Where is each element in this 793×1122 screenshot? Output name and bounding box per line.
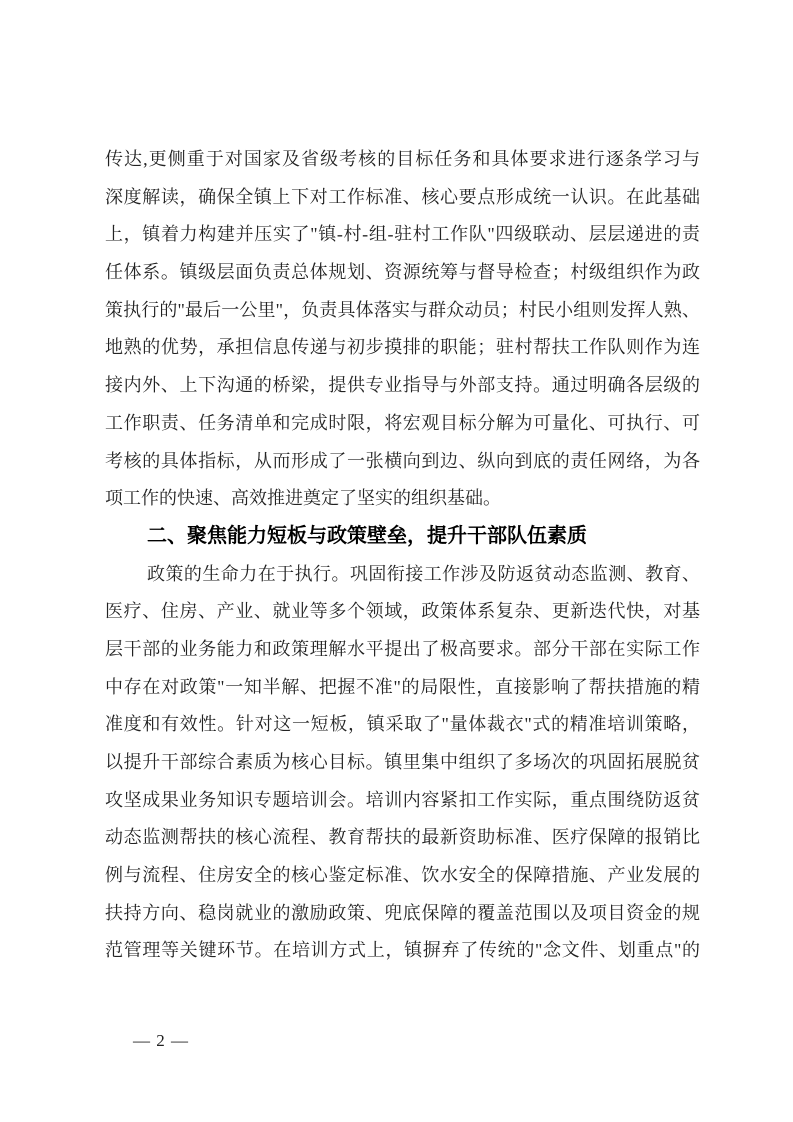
text-line: 深度解读，确保全镇上下对工作标准、核心要点形成统一认识。在此基础 <box>105 179 700 217</box>
document-body: 传达,更侧重于对国家及省级考核的目标任务和具体要求进行逐条学习与深度解读，确保全… <box>105 141 700 970</box>
text-line: 扶持方向、稳岗就业的激励政策、兜底保障的覆盖范围以及项目资金的规 <box>105 895 700 933</box>
text-line: 以提升干部综合素质为核心目标。镇里集中组织了多场次的巩固拓展脱贫 <box>105 744 700 782</box>
text-line: 传达,更侧重于对国家及省级考核的目标任务和具体要求进行逐条学习与 <box>105 141 700 179</box>
text-line: 医疗、住房、产业、就业等多个领域，政策体系复杂、更新迭代快，对基 <box>105 593 700 631</box>
text-line: 政策的生命力在于执行。巩固衔接工作涉及防返贫动态监测、教育、 <box>105 556 700 594</box>
document-page: 传达,更侧重于对国家及省级考核的目标任务和具体要求进行逐条学习与深度解读，确保全… <box>0 0 793 1122</box>
text-line: 准度和有效性。针对这一短板，镇采取了"量体裁衣"式的精准培训策略， <box>105 706 700 744</box>
text-line: 策执行的"最后一公里"，负责具体落实与群众动员；村民小组则发挥人熟、 <box>105 292 700 330</box>
text-line: 例与流程、住房安全的核心鉴定标准、饮水安全的保障措施、产业发展的 <box>105 857 700 895</box>
page-number-label: — 2 — <box>133 1031 189 1050</box>
text-line: 上，镇着力构建并压实了"镇-村-组-驻村工作队"四级联动、层层递进的责 <box>105 216 700 254</box>
text-line: 动态监测帮扶的核心流程、教育帮扶的最新资助标准、医疗保障的报销比 <box>105 819 700 857</box>
text-line: 项工作的快速、高效推进奠定了坚实的组织基础。 <box>105 480 700 518</box>
text-line: 中存在对政策"一知半解、把握不准"的局限性，直接影响了帮扶措施的精 <box>105 669 700 707</box>
text-line: 地熟的优势，承担信息传递与初步摸排的职能；驻村帮扶工作队则作为连 <box>105 329 700 367</box>
text-line: 层干部的业务能力和政策理解水平提出了极高要求。部分干部在实际工作 <box>105 631 700 669</box>
text-line: 任体系。镇级层面负责总体规划、资源统筹与督导检查；村级组织作为政 <box>105 254 700 292</box>
section-heading: 二、聚焦能力短板与政策壁垒，提升干部队伍素质 <box>105 518 700 556</box>
text-line: 攻坚成果业务知识专题培训会。培训内容紧扣工作实际，重点围绕防返贫 <box>105 782 700 820</box>
text-line: 工作职责、任务清单和完成时限，将宏观目标分解为可量化、可执行、可 <box>105 405 700 443</box>
text-line: 接内外、上下沟通的桥梁，提供专业指导与外部支持。通过明确各层级的 <box>105 367 700 405</box>
text-line: 范管理等关键环节。在培训方式上，镇摒弃了传统的"念文件、划重点"的 <box>105 932 700 970</box>
text-line: 考核的具体指标，从而形成了一张横向到边、纵向到底的责任网络，为各 <box>105 443 700 481</box>
page-number: — 2 — <box>133 1031 189 1051</box>
